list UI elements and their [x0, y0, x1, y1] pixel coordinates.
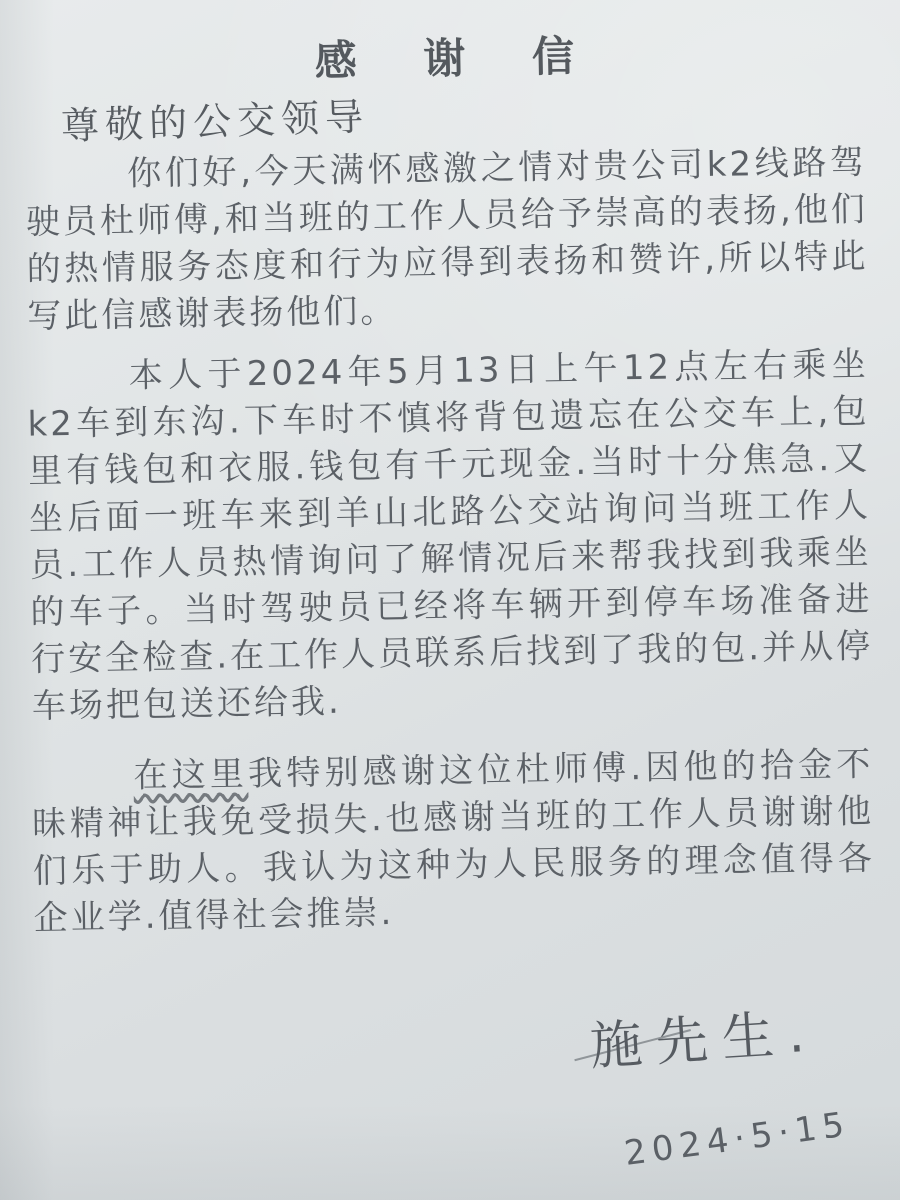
signature: 施先生. — [587, 990, 820, 1079]
handwritten-letter: 感 谢 信 尊敬的公交领导 你们好,今天满怀感激之情对贵公司k2线路驾驶员杜师傅… — [0, 0, 900, 1200]
letter-title: 感 谢 信 — [0, 17, 895, 94]
letter-salutation: 尊敬的公交领导 — [60, 86, 370, 151]
paragraph-2: 本人于2024年5月13日上午12点左右乘坐k2车到东沟.下车时不慎将背包遗忘在… — [26, 341, 874, 730]
paragraph-1: 你们好,今天满怀感激之情对贵公司k2线路驾驶员杜师傅,和当班的工作人员给予崇高的… — [25, 139, 870, 340]
letter-date: 2024·5·15 — [622, 1104, 852, 1174]
letter-body: 你们好,今天满怀感激之情对贵公司k2线路驾驶员杜师傅,和当班的工作人员给予崇高的… — [25, 142, 875, 955]
paragraph-3-emphasized-text: 在这里 — [133, 754, 248, 796]
paragraph-1-text: 你们好,今天满怀感激之情对贵公司k2线路驾驶员杜师傅,和当班的工作人员给予崇高的… — [26, 142, 869, 336]
paragraph-2-text: 本人于2024年5月13日上午12点左右乘坐k2车到东沟.下车时不慎将背包遗忘在… — [27, 344, 873, 726]
paragraph-3: 在这里我特别感谢这位杜师傅.因他的拾金不昧精神让我免受损失.也感谢当班的工作人员… — [31, 741, 876, 942]
